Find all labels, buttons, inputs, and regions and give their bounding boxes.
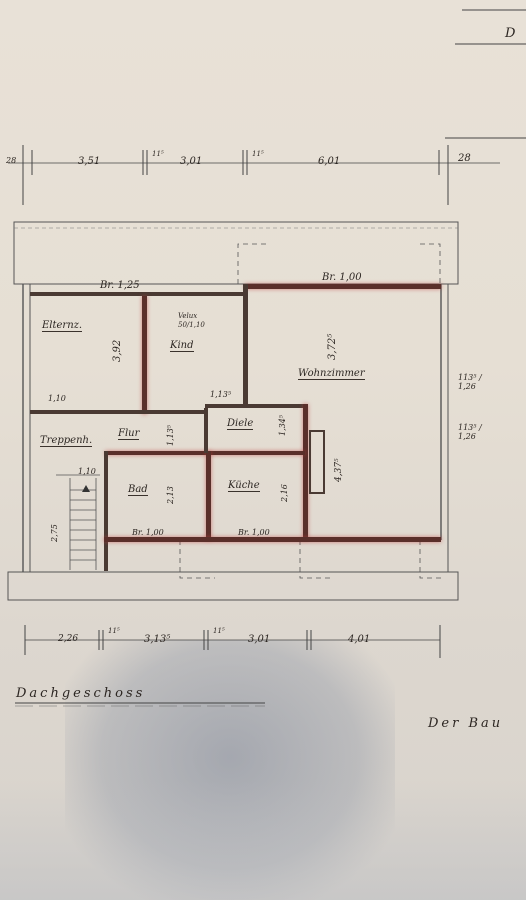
dim-wohn-height: 3,72⁵: [327, 334, 338, 360]
velux-note: Velux 50/1,10: [178, 312, 212, 330]
wall-diele-right: [303, 404, 308, 540]
dim-bottom-3-01: 3,01: [248, 634, 270, 645]
dim-wohn-depth: 4,37⁵: [334, 458, 344, 482]
wall-bad-kueche: [206, 451, 211, 540]
room-diele: Diele: [227, 418, 253, 430]
dim-bottom-4-01: 4,01: [348, 634, 370, 645]
dim-top-28-left: 28: [6, 156, 16, 165]
dim-bottom-11-5a: 11⁵: [108, 627, 120, 635]
wall-bad-left: [104, 451, 108, 571]
side-label-right-top: 113⁵ / 1,26: [458, 373, 498, 391]
room-kueche: Küche: [228, 480, 260, 492]
window-label-kueche: Br. 1,00: [238, 528, 270, 537]
dim-diele-height: 1,34⁵: [278, 415, 287, 436]
dim-stair-h: 2,75: [50, 524, 59, 542]
dim-eltern-door: 1,10: [48, 394, 66, 403]
dim-eltern-height: 3,92: [112, 340, 123, 362]
wall-diele-left: [204, 408, 208, 453]
floorplan-lines: [0, 0, 526, 900]
window-label-top-right: Br. 1,00: [322, 272, 362, 283]
wall-eltern-kind: [142, 296, 147, 414]
room-wohnzimmer: Wohnzimmer: [298, 368, 365, 380]
wall-top-left: [30, 292, 245, 296]
dim-bottom-3-13-5: 3,13⁵: [144, 634, 170, 645]
dim-top-3-01: 3,01: [180, 156, 202, 167]
wall-flur-top: [30, 410, 205, 414]
wall-diele-top: [205, 404, 307, 408]
room-bad: Bad: [128, 484, 148, 496]
dim-top-11-5b: 11⁵: [252, 150, 264, 158]
dim-top-3-51: 3,51: [78, 156, 100, 167]
dim-stair-w: 1,10: [78, 467, 96, 476]
chimney: [309, 430, 325, 494]
dim-kind-door-w: 1,13⁵: [210, 390, 231, 399]
dim-bottom-11-5b: 11⁵: [213, 627, 225, 635]
wall-top-right: [245, 284, 441, 289]
room-treppenh: Treppenh.: [40, 435, 92, 447]
wall-bottom: [104, 537, 441, 542]
plan-title: Dachgeschoss: [16, 686, 145, 701]
window-label-bad: Br. 1,00: [132, 528, 164, 537]
dim-top-28-right: 28: [458, 153, 471, 164]
dim-bottom-2-26: 2,26: [58, 634, 78, 644]
room-elternz: Elternz.: [42, 320, 82, 332]
dim-top-6-01: 6,01: [318, 156, 340, 167]
room-kind: Kind: [170, 340, 194, 352]
dim-flur-height: 1,13⁵: [166, 425, 175, 446]
dim-top-11-5a: 11⁵: [152, 150, 164, 158]
dim-kueche-height: 2,16: [280, 484, 289, 502]
corner-text-bottom: Der Bau: [428, 716, 503, 731]
wall-kind-wohn: [243, 284, 248, 406]
corner-text-top: D: [505, 26, 518, 41]
dim-bad-height: 2,13: [166, 486, 175, 504]
window-label-top-left: Br. 1,25: [100, 280, 140, 291]
room-flur: Flur: [118, 428, 139, 440]
side-label-right-bottom: 113⁵ / 1,26: [458, 423, 498, 441]
